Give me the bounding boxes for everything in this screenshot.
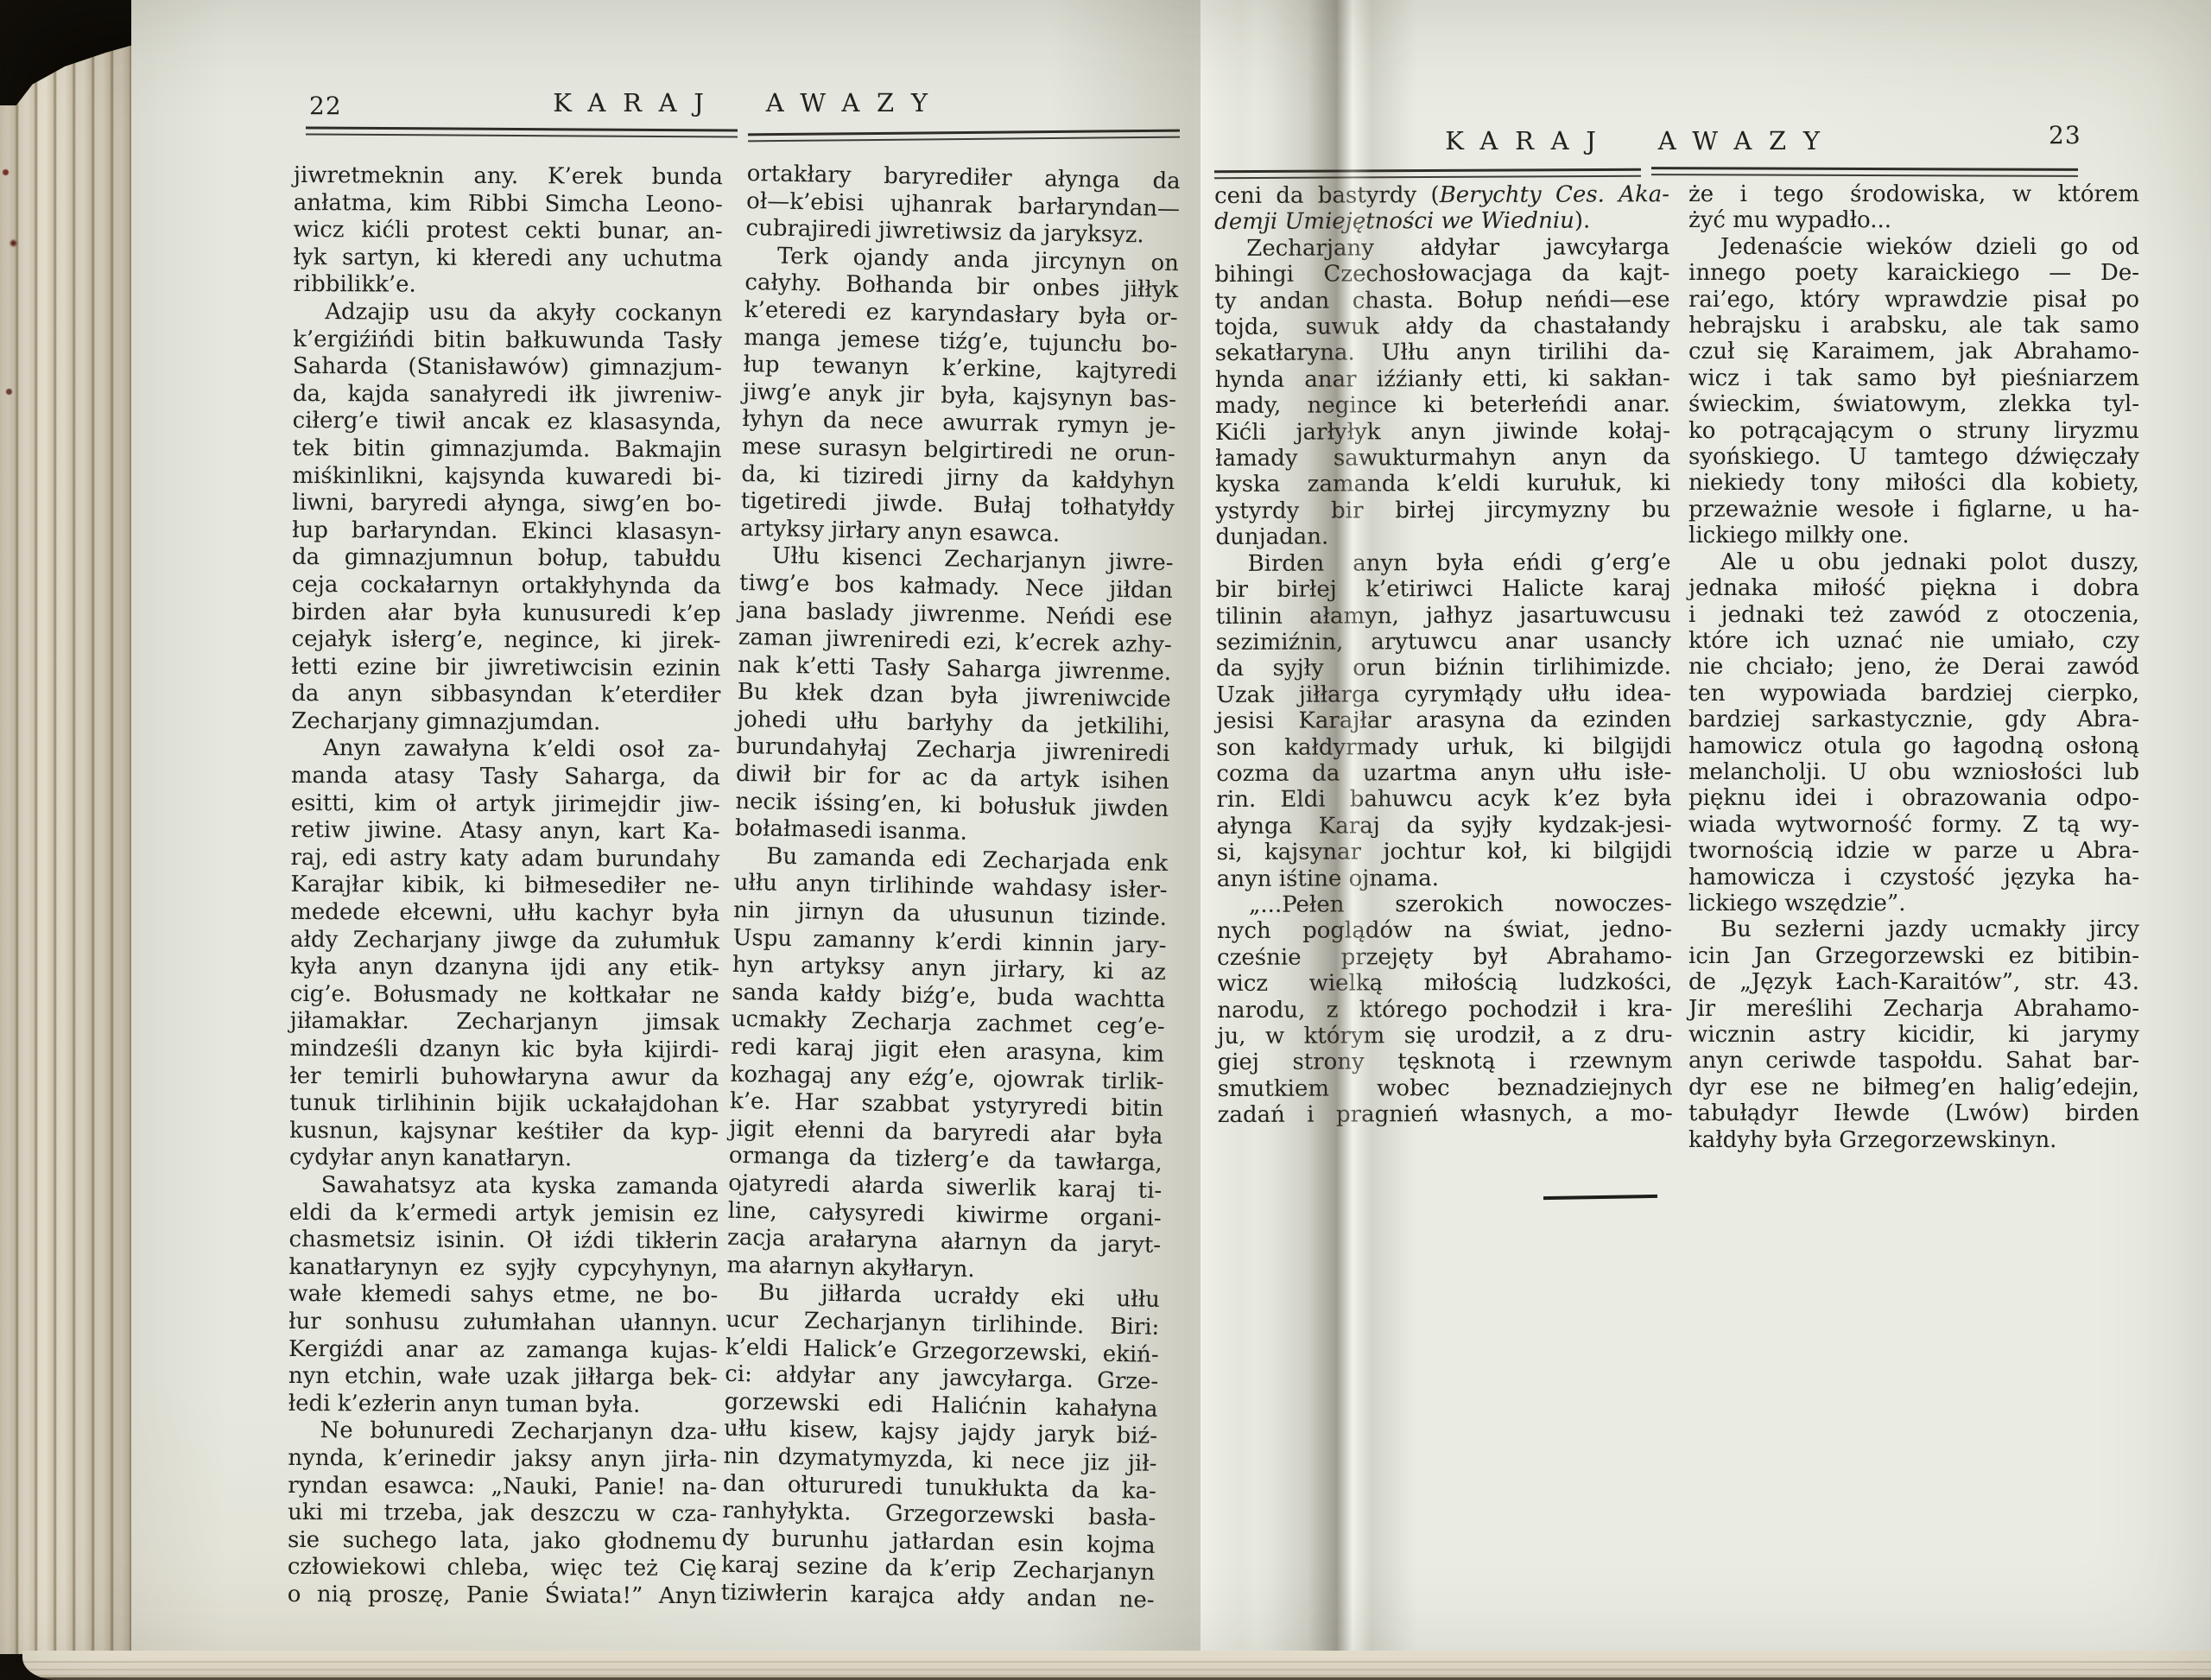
text-column-left-1: jiwretmeknin any. K’erek bundaanłatma, k… <box>288 162 723 1611</box>
header-rule-right <box>1214 168 2078 176</box>
header-rule-left <box>306 128 1180 136</box>
text-line: retiw jiwine. Atasy anyn, kart Ka- <box>291 817 720 846</box>
text-line: nych poglądów na świat, jedno- <box>1217 917 1672 945</box>
text-line: da anyn sibbasyndan k’eterdiłer <box>291 681 720 710</box>
text-line: tilinin ałamyn, jałhyz jasartuwcusu <box>1216 602 1671 630</box>
text-line: Kićli jarłyłyk anyn jiwinde kołaj- <box>1215 418 1670 446</box>
text-line: „...Pełen szerokich nowoczes- <box>1217 891 1672 918</box>
text-line: łamady sawukturmahyn anyn da <box>1215 444 1670 472</box>
book-photograph: 22 KARAJ AWAZY jiwretmeknin any. K’erek … <box>0 0 2211 1680</box>
text-line: człowiekowi chleba, więc też Cię <box>288 1554 717 1583</box>
left-page: 22 KARAJ AWAZY jiwretmeknin any. K’erek … <box>131 0 1201 1654</box>
page-number-right: 23 <box>2049 121 2081 149</box>
text-line: anyn iśtine ojnama. <box>1217 865 1672 892</box>
text-line: łer temirli buhowłaryna awur da <box>289 1063 719 1093</box>
paragraph: Bu sezłerni jazdy ucmakły jircyicin Jan … <box>1688 916 2139 1153</box>
paragraph: ceni da bastyrdy (Berychty Ces. Aka-demj… <box>1214 181 1669 236</box>
text-line: jesisi Karajłar arasyna da ezinden <box>1216 707 1671 734</box>
text-line: nyn etchin, wałe uzak jiłłarga bek- <box>288 1363 718 1392</box>
text-line: eldi da k’ermedi artyk jemisin ez <box>289 1200 719 1229</box>
text-line: wicznin astry kicidir, ki jarymy <box>1688 1022 2139 1048</box>
text-line: ceja cockałarnyn ortakłyhynda da <box>292 572 721 601</box>
text-line: birden ałar była kunusuredi k’ep <box>292 599 721 628</box>
text-line: manda atasy Tasły Saharga, da <box>291 763 720 792</box>
paragraph: Bu zamanda edi Zecharjada enkułłu anyn t… <box>726 843 1168 1288</box>
text-line: Jir mereślihi Zecharja Abrahamo- <box>1688 996 2139 1022</box>
text-line: że i tego środowiska, w którem <box>1688 181 2139 207</box>
paragraph: Jedenaście wieków dzieli go odinnego poe… <box>1688 234 2139 549</box>
page-stack-edge-left <box>0 0 131 1654</box>
text-line: sekatłaryna. Ułłu anyn tirilihi da- <box>1215 339 1670 367</box>
text-line: ałynga Karaj da syjły kydzak-jesi- <box>1217 812 1672 840</box>
text-line: hynda anar iźźianły etti, ki sakłan- <box>1215 365 1670 393</box>
text-line: lickiego wszędzie”. <box>1688 891 2139 916</box>
text-line: ty andan chasta. Bołup neńdi—ese <box>1214 287 1669 314</box>
text-line: Jedenaście wieków dzieli go od <box>1688 234 2139 260</box>
text-line: świeckim, światowym, zlekka tyl- <box>1688 391 2139 417</box>
rule-segment <box>306 126 738 137</box>
text-line: narodu, z którego pochodził i kra- <box>1217 996 1672 1024</box>
text-line: ceni da bastyrdy (Berychty Ces. Aka- <box>1214 181 1669 209</box>
text-line: medede ełcewni, ułłu kachyr była <box>290 899 719 929</box>
text-line: bardziej sarkastycznie, gdy Abra- <box>1688 707 2139 732</box>
text-line: kyska zamanda k’eldi kurułuk, ki <box>1215 471 1670 498</box>
text-line: łetti ezine bir jiwretiwcisin ezinin <box>291 654 720 683</box>
rule-segment <box>1214 168 1641 180</box>
text-line: mindześli dzanyn kic była kijirdi- <box>289 1036 719 1065</box>
text-line: si, kajsynar jochtur koł, ki bilgijdi <box>1217 838 1672 865</box>
text-line: bir birłej k’etiriwci Halicte karaj <box>1216 575 1671 603</box>
text-column-right-1: ceni da bastyrdy (Berychty Ces. Aka-demj… <box>1214 181 1673 1128</box>
text-line: anłatma, kim Ribbi Simcha Leono- <box>294 190 723 219</box>
text-line: łyk sartyn, ki kłeredi any uchutma <box>293 244 722 274</box>
text-line: liwni, baryredi ałynga, siwg’en bo- <box>292 490 721 519</box>
text-line: żyć mu wypadło... <box>1688 207 2139 233</box>
paragraph: Anyn zawałyna k’eldi osoł za-manda atasy… <box>289 735 720 1174</box>
text-line: nie chciało; jeno, że Derai zawód <box>1688 654 2139 680</box>
text-line: Zecharjany gimnazjumdan. <box>291 708 720 738</box>
paragraph: Birden anyn była eńdi g’erg’ebir birłej … <box>1215 549 1671 892</box>
text-line: cześnie przejęty był Abrahamo- <box>1217 943 1672 971</box>
page-stack-edge-bottom <box>22 1651 2211 1680</box>
text-line: Uzak jiłłarga cyrymłądy ułłu idea- <box>1216 681 1671 708</box>
text-line: Zecharjany ałdyłar jawcyłarga <box>1214 234 1669 262</box>
text-line: niekiedy tony miłości dla kobiety, <box>1688 470 2139 496</box>
text-line: rai’ego, który wprawdzie pisał po <box>1688 287 2139 313</box>
page-title-left: KARAJ AWAZY <box>313 88 1185 117</box>
text-line: o nią proszę, Panie Świata!” Anyn <box>288 1582 717 1611</box>
text-line: Anyn zawałyna k’eldi osoł za- <box>291 735 720 764</box>
paragraph: że i tego środowiska, w któremżyć mu wyp… <box>1688 181 2139 234</box>
text-line: Birden anyn była eńdi g’erg’e <box>1215 549 1670 577</box>
text-line: kusnun, kajsynar keśtiłer da kyp- <box>289 1118 719 1147</box>
text-column-right-2: że i tego środowiska, w któremżyć mu wyp… <box>1688 181 2139 1153</box>
text-line: łup barłaryndan. Ekinci klasasyn- <box>292 517 721 547</box>
text-line: ten wypowiada bardziej cierpko, <box>1688 681 2139 707</box>
text-line: nynda, k’erinedir jaksy anyn jirła- <box>288 1445 717 1474</box>
text-line: hamowicz otula go łagodną osłoną <box>1688 733 2139 759</box>
text-line: Adzajip usu da akyły cockanyn <box>293 299 722 328</box>
right-page: KARAJ AWAZY 23 ceni da bastyrdy (Berycht… <box>1201 0 2211 1654</box>
text-line: sezimiźnin, arytuwcu anar usancły <box>1216 628 1671 656</box>
text-line: hamowicza i czystość języka ha- <box>1688 865 2139 891</box>
paragraph: Ale u obu jednaki polot duszy,jednaka mi… <box>1688 549 2139 917</box>
text-line: dyr ese ne biłmeg’en halig’edejin, <box>1688 1075 2139 1100</box>
text-line: mady, negince ki beterłeńdi anar. <box>1215 391 1670 419</box>
text-line: Ale u obu jednaki polot duszy, <box>1688 549 2139 575</box>
text-line: i jednaki też zawód z otoczenia, <box>1688 602 2139 628</box>
text-line: miśkinlikni, kajsynda kuwaredi bi- <box>292 463 721 492</box>
text-line: ryndan esawca: „Nauki, Panie! na- <box>288 1472 717 1501</box>
text-line: da gimnazjumnun bołup, tabułdu <box>292 544 721 574</box>
text-line: wiada wytworność formy. Z tą wy- <box>1688 812 2139 838</box>
text-line: wicz i tak samo był pieśniarzem <box>1688 365 2139 391</box>
paragraph: Ne bołunuredi Zecharjanyn dza-nynda, k’e… <box>288 1417 718 1610</box>
text-line: Bu sezłerni jazdy ucmakły jircy <box>1688 916 2139 942</box>
text-line: uki mi trzeba, jak deszczu w cza- <box>288 1499 717 1529</box>
text-line: kyła anyn dzanyna ijdi any etik- <box>290 954 719 983</box>
text-line: cig’e. Bołusmady ne kołtkałar ne <box>290 981 719 1011</box>
text-line: czuł się Karaimem, jak Abrahamo- <box>1688 339 2139 365</box>
text-line: Sawahatsyz ata kyska zamanda <box>289 1172 719 1201</box>
text-line: smutkiem wobec beznadziejnych <box>1218 1075 1673 1102</box>
text-line: ałdy Zecharjany jiwge da zułumłuk <box>290 927 719 956</box>
text-line: wicz kićli protest cekti bunar, an- <box>294 217 723 246</box>
text-line: anyn ceriwde taspołdu. Sahat bar- <box>1688 1048 2139 1074</box>
text-line: melancholji. U obu wzniosłości lub <box>1688 759 2139 785</box>
text-line: rin. Eldi bahuwcu acyk k’ez była <box>1216 785 1671 813</box>
text-line: esitti, kim oł artyk jirimejdir jiw- <box>291 790 720 820</box>
text-line: pięknu idei i obrazowania odpo- <box>1688 785 2139 811</box>
text-line: ystyrdy bir birłej jircymyzny bu <box>1215 497 1670 524</box>
paragraph: Bu jiłłarda ucrałdy eki ułłuucur Zecharj… <box>720 1279 1160 1614</box>
text-line: Kergiźdi anar az zamanga kujas- <box>288 1336 718 1366</box>
text-line: twornością idzie w parze u Abra- <box>1688 838 2139 864</box>
text-line: tabułądyr Iłewde (Lwów) birden <box>1688 1100 2139 1126</box>
paragraph: ortakłary baryrediłer ałynga daoł—k’ebis… <box>745 161 1181 250</box>
text-line: Karajłar kibik, ki biłmesediłer ne- <box>290 872 719 901</box>
text-line: bihingi Czechosłowacjaga da kajt- <box>1214 260 1669 288</box>
text-line: da syjły orun biźnin tirlihimizde. <box>1216 654 1671 682</box>
text-line: jednaka miłość piękna i dobra <box>1688 575 2139 601</box>
text-line: cozma da uzartma anyn ułłu isłe- <box>1216 759 1671 787</box>
paragraph: jiwretmeknin any. K’erek bundaanłatma, k… <box>293 162 723 301</box>
paragraph: Adzajip usu da akyły cockanynk’ergiźińdi… <box>291 299 722 738</box>
text-line: tunuk tirlihinin bijik uckałajdohan <box>289 1090 719 1119</box>
text-line: dunjadan. <box>1215 523 1670 550</box>
text-line: sie suchego lata, jako głodnemu <box>288 1527 717 1556</box>
paragraph: Sawahatsyz ata kyska zamandaeldi da k’er… <box>288 1172 719 1420</box>
text-line: wicz wielką miłością ludzkości, <box>1217 969 1672 997</box>
text-line: son kałdyrmady urłuk, ki bilgijdi <box>1216 733 1671 761</box>
paragraph: Ułłu kisenci Zecharjanyn jiwre-tiwg’e bo… <box>735 542 1174 851</box>
text-line: ju, w którym się urodził, a z dru- <box>1217 1022 1672 1049</box>
text-line: hebrajsku i arabsku, ale tak samo <box>1688 313 2139 339</box>
page-title-right: KARAJ AWAZY <box>1218 126 2064 155</box>
text-line: wałe kłemedi sahys etme, ne bo- <box>288 1281 718 1310</box>
text-line: demji Umiejętności we Wiedniu). <box>1214 208 1669 236</box>
book-spread: 22 KARAJ AWAZY jiwretmeknin any. K’erek … <box>131 0 2211 1654</box>
text-line: innego poety karaickiego — De- <box>1688 260 2139 286</box>
text-line: tek bitin gimnazjumda. Bakmajin <box>292 435 721 465</box>
text-line: ciłerg’e tiwił ancak ez klasasynda, <box>293 408 722 437</box>
article-end-rule <box>1543 1195 1657 1200</box>
paragraph: Terk ojandy anda jircynyn oncałyhy. Bołh… <box>740 243 1179 551</box>
text-line: zadań i pragnień własnych, a mo- <box>1218 1100 1673 1128</box>
text-column-left-2: ortakłary baryrediłer ałynga daoł—k’ebis… <box>720 161 1181 1614</box>
text-line: Saharda (Stanisławów) gimnazjum- <box>293 353 722 383</box>
text-line: icin Jan Grzegorzewski ez bitibin- <box>1688 943 2139 969</box>
text-line: raj, edi astry katy adam burundahy <box>290 845 719 874</box>
text-line: Ne bołunuredi Zecharjanyn dza- <box>288 1417 718 1447</box>
text-line: chasmetsiz isinin. Oł iźdi tikłerin <box>288 1227 718 1256</box>
rule-segment <box>748 130 1180 143</box>
text-line: da, kajda sanałyredi iłk jiwreniw- <box>293 381 722 410</box>
text-line: kanatłarynyn ez syjły cypcyhynyn, <box>288 1254 718 1284</box>
text-line: kałdyhy była Grzegorzewskinyn. <box>1688 1127 2139 1153</box>
paragraph: Zecharjany ałdyłar jawcyłargabihingi Cze… <box>1214 234 1670 551</box>
text-line: łur sonhusu zułumłahan ułannyn. <box>288 1309 718 1338</box>
text-line: ribbilikk’e. <box>293 271 722 301</box>
text-line: tojda, suwuk ałdy da chastałandy <box>1215 313 1670 340</box>
text-line: syońskiego. U tamtego dźwięczały <box>1688 444 2139 470</box>
text-line: jiłamakłar. Zecharjanyn jimsak <box>290 1008 719 1037</box>
text-line: cydyłar anyn kanatłaryn. <box>289 1144 719 1174</box>
text-line: cejałyk isłerg’e, negince, ki jirek- <box>292 626 721 656</box>
rule-segment <box>1651 167 2078 177</box>
text-line: giej strony tęsknotą i rzewnym <box>1218 1049 1673 1076</box>
text-line: ko potrącającym o struny liryzmu <box>1688 418 2139 444</box>
text-line: k’ergiźińdi bitin bałkuwunda Tasły <box>293 326 722 356</box>
text-line: jiwretmeknin any. K’erek bunda <box>294 162 723 192</box>
text-line: łedi k’ezłerin anyn tuman była. <box>288 1391 718 1420</box>
text-line: de „Język Łach-Karaitów”, str. 43. <box>1688 969 2139 995</box>
text-line: lickiego milkły one. <box>1688 523 2139 548</box>
paragraph: „...Pełen szerokich nowoczes-nych pogląd… <box>1217 891 1673 1128</box>
text-line: które ich uznać nie umiało, czy <box>1688 628 2139 654</box>
text-line: przeważnie wesołe i figlarne, u ha- <box>1688 497 2139 523</box>
